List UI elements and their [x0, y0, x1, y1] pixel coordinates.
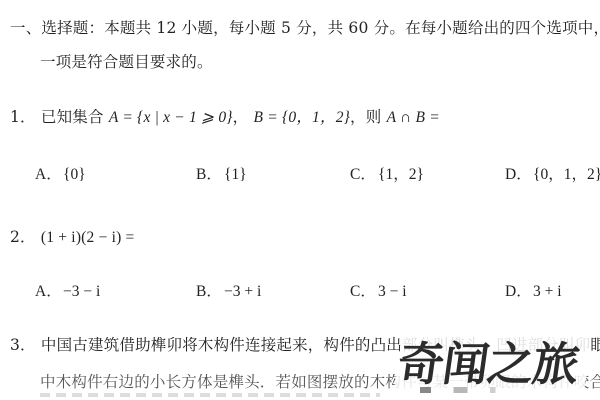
- question-1-stem: 1． 已知集合 A = {x | x − 1 ⩾ 0}， B = {0，1，2}…: [10, 107, 440, 128]
- option-label: C．: [350, 282, 378, 302]
- partial-text-line: [40, 393, 380, 397]
- question-2-option-b: B．−3 + i: [196, 281, 261, 302]
- separator: ，: [233, 108, 249, 126]
- section-heading-line1: 一、选择题：本题共 12 小题，每小题 5 分，共 60 分。在每小题给出的四个…: [10, 18, 600, 38]
- question-1-option-a: A．{0}: [35, 164, 86, 185]
- question-2-option-a: A．−3 − i: [35, 281, 100, 302]
- option-value: −3 + i: [224, 283, 261, 300]
- option-value: {0}: [63, 166, 86, 183]
- watermark-decoration: [420, 387, 560, 393]
- intersection-expression: A ∩ B =: [387, 109, 440, 126]
- set-a-definition: A = {x | x − 1 ⩾ 0}: [109, 109, 233, 126]
- question-2-option-c: C．3 − i: [350, 281, 407, 302]
- complex-expression: (1 + i)(2 − i) =: [41, 229, 135, 246]
- section-heading-line2: 一项是符合题目要求的。: [40, 52, 213, 72]
- question-2-stem: 2． (1 + i)(2 − i) =: [10, 227, 134, 248]
- option-value: 3 + i: [533, 283, 562, 300]
- question-text: 已知集合: [41, 108, 104, 126]
- question-number: 2．: [10, 228, 36, 246]
- option-value: 3 − i: [378, 283, 407, 300]
- set-b-definition: B = {0，1，2}: [254, 109, 351, 126]
- option-label: A．: [35, 282, 63, 302]
- option-label: B．: [196, 282, 224, 302]
- option-value: {0，1，2}: [533, 166, 600, 183]
- question-1-option-c: C．{1，2}: [350, 164, 424, 185]
- question-1-option-b: B．{1}: [196, 164, 247, 185]
- question-number: 1．: [10, 108, 36, 126]
- option-label: D．: [505, 165, 533, 185]
- option-value: {1}: [224, 166, 247, 183]
- option-value: {1，2}: [378, 166, 424, 183]
- question-2-option-d: D．3 + i: [505, 281, 562, 302]
- option-label: C．: [350, 165, 378, 185]
- question-connector: ，则: [350, 108, 381, 126]
- option-value: −3 − i: [63, 283, 100, 300]
- watermark-logo: 奇闻之旅: [394, 333, 593, 395]
- question-number: 3．: [10, 336, 36, 354]
- question-1-option-d: D．{0，1，2}: [505, 164, 600, 185]
- option-label: D．: [505, 282, 533, 302]
- option-label: B．: [196, 165, 224, 185]
- option-label: A．: [35, 165, 63, 185]
